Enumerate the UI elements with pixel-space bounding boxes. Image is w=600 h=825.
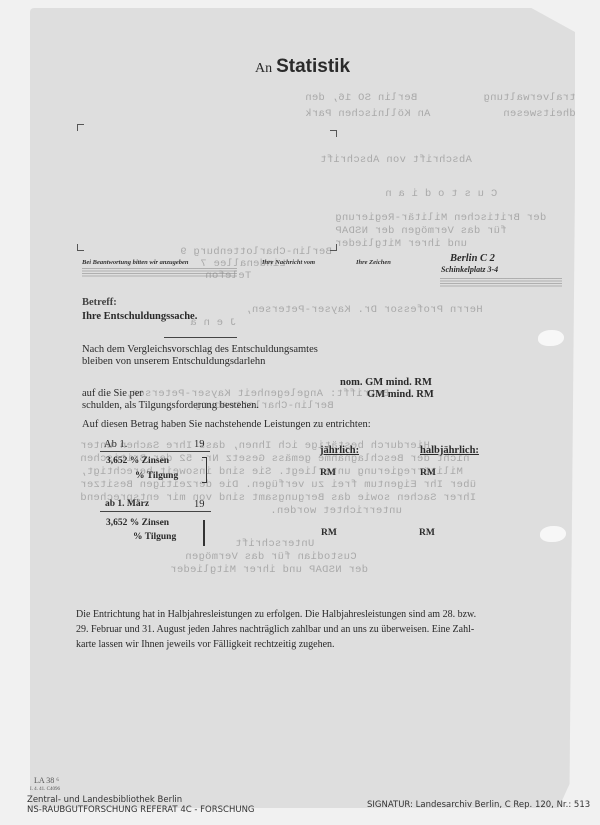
- bleed-text: unterrichtet worden.: [270, 505, 402, 517]
- body-line: auf die Sie per: [82, 388, 143, 399]
- amount-per: GM mind. RM: [367, 389, 434, 400]
- bleed-text: Herrn Professor Dr. Kayser-Petersen,: [245, 304, 483, 316]
- halfyearly-unit: RM: [420, 468, 436, 478]
- bleed-text: Deutsche Zentralverwaltung Berlin SO 16,…: [305, 92, 600, 104]
- bleed-text: Betrifft: Angelegenheit Kayser-Petersen,: [125, 388, 389, 400]
- bleed-text: der Britischen Militär-Regierung: [335, 212, 546, 224]
- schedule-bracket: [202, 457, 207, 483]
- bleed-text: C u s t o d i a n: [385, 188, 497, 200]
- interest-rate: 3,652 % Zinsen: [106, 456, 169, 466]
- bleed-text: Abschrift von Abschrift: [320, 154, 472, 166]
- body-line: bleiben von unserem Entschuldungsdarlehn: [82, 356, 265, 367]
- yearly-unit: RM: [320, 468, 336, 478]
- archive-department: NS-RAUBGUTFORSCHUNG REFERAT 4C - FORSCHU…: [27, 805, 255, 815]
- bleed-text: Custodian für das Vermögen: [185, 551, 357, 563]
- address-corner-mark: [330, 130, 337, 137]
- schedule-from: ab 1. März: [105, 499, 149, 509]
- halfyearly-unit: RM: [419, 528, 435, 538]
- schedule-from: Ab 1.: [104, 439, 204, 450]
- archive-signatur: SIGNATUR: Landesarchiv Berlin, C Rep. 12…: [367, 800, 590, 810]
- reference-field: [82, 268, 237, 277]
- sender-city: Berlin C 2: [450, 253, 495, 264]
- archive-library: Zentral- und Landesbibliothek Berlin: [27, 795, 182, 805]
- sender-street: Schinkelplatz 3-4: [441, 265, 498, 274]
- body-line: Nach dem Vergleichsvorschlag des Entschu…: [82, 344, 318, 355]
- your-sign-label: Ihre Zeichen: [356, 259, 391, 266]
- column-halfyearly: halbjährlich:: [420, 445, 479, 456]
- bleed-text: und ihrer Mitglieder: [335, 238, 467, 250]
- address-corner-mark: [77, 244, 84, 251]
- body-line: Auf diesen Betrag haben Sie nachstehende…: [82, 419, 371, 430]
- punch-hole: [540, 526, 566, 542]
- schedule-year: 19: [194, 439, 205, 450]
- bleed-text: Unterschrift: [235, 538, 314, 550]
- bleed-text: für das Vermögen der NSDAP: [335, 225, 507, 237]
- schedule-year: 19: [194, 499, 205, 510]
- schedule-bracket: [203, 520, 205, 546]
- yearly-unit: RM: [321, 528, 337, 538]
- schedule-rule: [100, 511, 211, 512]
- column-yearly: jährlich:: [320, 445, 359, 456]
- your-message-label: Ihre Nachricht vom: [262, 259, 315, 266]
- closing-line: Die Entrichtung hat in Halbjahresleistun…: [76, 609, 476, 620]
- address-corner-mark: [330, 244, 337, 251]
- document-title: An Statistik: [30, 56, 575, 78]
- title-main: Statistik: [276, 56, 350, 77]
- closing-line: 29. Februar und 31. August jeden Jahres …: [76, 624, 474, 635]
- form-code: LA 38 ⁶: [34, 776, 59, 785]
- amount-nominal: nom. GM mind. RM: [340, 377, 432, 388]
- bleed-text: Berlin-Charlottenburg 9: [180, 246, 332, 258]
- repayment-label: % Tilgung: [135, 471, 178, 481]
- bleed-text: für das Gesundheitswesen An Köllnischen …: [305, 108, 600, 120]
- form-code: I. 4. 41. C4096: [30, 787, 60, 792]
- closing-line: karte lassen wir Ihnen jeweils vor Fälli…: [76, 639, 335, 650]
- separator-rule: [164, 337, 237, 338]
- document-page: Deutsche Zentralverwaltung Berlin SO 16,…: [30, 8, 575, 808]
- title-prefix: An: [255, 61, 272, 76]
- schedule-rule: [100, 451, 210, 452]
- interest-rate: 3,652 % Zinsen: [106, 518, 169, 528]
- subject-label: Betreff:: [82, 297, 117, 308]
- address-corner-mark: [77, 124, 84, 131]
- sender-field: [440, 278, 562, 287]
- bleed-text: der NSDAP und ihrer Mitglieder: [170, 564, 368, 576]
- punch-hole: [538, 330, 564, 346]
- body-line: schulden, als Tilgungsforderung bestehen…: [82, 400, 259, 411]
- repayment-label: % Tilgung: [133, 532, 176, 542]
- subject-value: Ihre Entschuldungssache.: [82, 311, 197, 322]
- reference-label: Bei Beantwortung bitten wir anzugeben: [82, 259, 189, 266]
